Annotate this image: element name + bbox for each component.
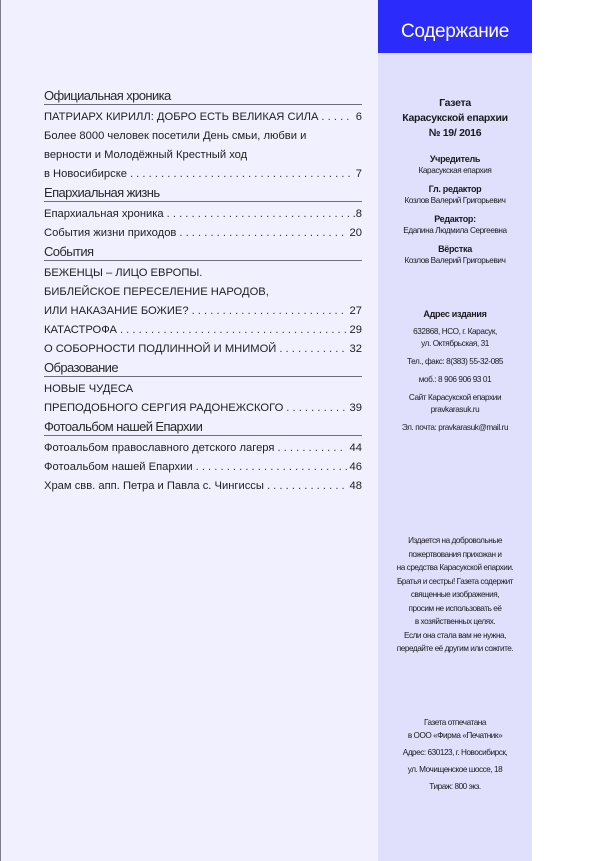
dot-leader [179,224,346,243]
print-line: в ООО «Фирма «Печатник» [378,729,532,742]
note-line: в хозяйственных целях. [378,615,532,629]
toc-section: Епархиальная жизньЕпархиальная хроника.8… [44,184,362,243]
paper-info: Газета Карасукской епархии № 19/ 2016 [378,96,532,141]
page-number: 27 [350,302,362,321]
entry-title: Фотоальбом православного детского лагеря [44,439,274,458]
print-line: Адрес: 630123, г. Новосибирск, [378,746,532,759]
paper-name-line1: Газета [378,96,532,111]
dot-leader [321,108,352,127]
dot-leader [130,165,353,184]
credit-value: Козлов Валерий Григорьевич [378,255,532,267]
entry-title: ИЛИ НАКАЗАНИЕ БОЖИЕ? [44,302,189,321]
credit-value: Едапина Людмила Сергеевна [378,225,532,237]
page-number: 6 [356,108,362,127]
contents-page: Официальная хроникаПАТРИАРХ КИРИЛЛ: ДОБР… [0,0,378,861]
note-line: Братья и сестры! Газета содержит [378,575,532,589]
note-line: передайте её другим или сожгите. [378,642,532,656]
dot-leader [192,302,347,321]
credit-label: Учредитель [378,153,532,165]
note-line: священные изображения, [378,588,532,602]
page-number: 44 [350,439,362,458]
toc-entry-line[interactable]: верности и Молодёжный Крестный ход [44,146,362,165]
toc-entry[interactable]: О СОБОРНОСТИ ПОДЛИННОЙ И МНИМОЙ32 [44,340,362,359]
address-line: ул. Октябрьская, 31 [378,338,532,350]
entry-title: КАТАСТРОФА [44,321,117,340]
site-label: Сайт Карасукской епархии [378,392,532,404]
toc-entry[interactable]: ПРЕПОДОБНОГО СЕРГИЯ РАДОНЕЖСКОГО39 [44,399,362,418]
toc-entry[interactable]: Фотоальбом православного детского лагеря… [44,439,362,458]
credit-label: Редактор: [378,213,532,225]
page-number: 29 [350,321,362,340]
page-number: .8 [353,205,362,224]
entry-title: Епархиальная хроника [44,205,164,224]
credits: Учредитель Карасукская епархия Гл. редак… [378,153,532,273]
toc-entry-line[interactable]: БЕЖЕНЦЫ – ЛИЦО ЕВРОПЫ. [44,264,362,283]
toc-section: ОбразованиеНОВЫЕ ЧУДЕСАПРЕПОДОБНОГО СЕРГ… [44,359,362,418]
toc-entry[interactable]: Епархиальная хроника.8 [44,205,362,224]
toc-entry[interactable]: ПАТРИАРХ КИРИЛЛ: ДОБРО ЕСТЬ ВЕЛИКАЯ СИЛА… [44,108,362,127]
toc-entry[interactable]: ИЛИ НАКАЗАНИЕ БОЖИЕ?27 [44,302,362,321]
email-link[interactable]: Эл. почта: pravkarasuk@mail.ru [378,422,532,434]
table-of-contents: Официальная хроникаПАТРИАРХ КИРИЛЛ: ДОБР… [44,87,362,496]
print-line: ул. Мочищенское шоссе, 18 [378,763,532,776]
sidebar: Содержание Газета Карасукской епархии № … [378,0,532,861]
dot-leader [277,439,346,458]
toc-entry[interactable]: в Новосибирске7 [44,165,362,184]
entry-title: ПАТРИАРХ КИРИЛЛ: ДОБРО ЕСТЬ ВЕЛИКАЯ СИЛА [44,108,318,127]
credit-label: Гл. редактор [378,183,532,195]
toc-section: Официальная хроникаПАТРИАРХ КИРИЛЛ: ДОБР… [44,87,362,184]
page-number: 32 [350,340,362,359]
dot-leader [286,399,346,418]
entry-title: Храм свв. апп. Петра и Павла с. Чингиссы [44,477,264,496]
dot-leader [167,205,350,224]
page-number: 39 [350,399,362,418]
toc-entry-line[interactable]: БИБЛЕЙСКОЕ ПЕРЕСЕЛЕНИЕ НАРОДОВ, [44,283,362,302]
donation-note: Издается на добровольные пожертвования п… [378,534,532,656]
page-number: 7 [356,165,362,184]
dot-leader [196,458,347,477]
entry-title: О СОБОРНОСТИ ПОДЛИННОЙ И МНИМОЙ [44,340,276,359]
toc-entry-line[interactable]: НОВЫЕ ЧУДЕСА [44,380,362,399]
section-title: Фотоальбом нашей Епархии [44,418,362,436]
section-title: Епархиальная жизнь [44,184,362,202]
address-line: 632868, НСО, г. Карасук, [378,326,532,338]
dot-leader [120,321,347,340]
toc-section: СобытияБЕЖЕНЦЫ – ЛИЦО ЕВРОПЫ.БИБЛЕЙСКОЕ … [44,243,362,359]
print-run: Тираж: 800 экз. [378,780,532,793]
toc-section: Фотоальбом нашей ЕпархииФотоальбом право… [44,418,362,496]
entry-title: в Новосибирске [44,165,127,184]
entry-title: Фотоальбом нашей Епархии [44,458,193,477]
credit-value: Карасукская епархия [378,165,532,177]
toc-entry-line[interactable]: Более 8000 человек посетили День смьи, л… [44,127,362,146]
toc-entry[interactable]: КАТАСТРОФА29 [44,321,362,340]
mobile-phone: моб.: 8 906 906 93 01 [378,374,532,386]
section-title: События [44,243,362,261]
note-line: пожертвования прихожан и [378,548,532,562]
print-info: Газета отпечатана в ООО «Фирма «Печатник… [378,716,532,793]
toc-entry[interactable]: События жизни приходов20 [44,224,362,243]
paper-name-line2: Карасукской епархии [378,111,532,126]
dot-leader [279,340,346,359]
page-number: 48 [350,477,362,496]
section-title: Образование [44,359,362,377]
credit-value: Козлов Валерий Григорьевич [378,195,532,207]
site-link[interactable]: pravkarasuk.ru [378,404,532,416]
publisher-address: Адрес издания 632868, НСО, г. Карасук, у… [378,308,532,434]
toc-entry[interactable]: Фотоальбом нашей Епархии46 [44,458,362,477]
note-line: на средства Карасукской епархии. [378,561,532,575]
entry-title: События жизни приходов [44,224,176,243]
page-number: 20 [350,224,362,243]
entry-title: ПРЕПОДОБНОГО СЕРГИЯ РАДОНЕЖСКОГО [44,399,283,418]
phone-fax: Тел., факс: 8(383) 55-32-085 [378,356,532,368]
page-number: 46 [350,458,362,477]
note-line: Издается на добровольные [378,534,532,548]
address-label: Адрес издания [378,308,532,320]
sidebar-header: Содержание [378,0,532,53]
toc-entry[interactable]: Храм свв. апп. Петра и Павла с. Чингиссы… [44,477,362,496]
dot-leader [267,477,347,496]
credit-label: Вёрстка [378,243,532,255]
issue-number: № 19/ 2016 [378,126,532,141]
section-title: Официальная хроника [44,87,362,105]
print-line: Газета отпечатана [378,716,532,729]
note-line: просим не использовать её [378,602,532,616]
note-line: Если она стала вам не нужна, [378,629,532,643]
